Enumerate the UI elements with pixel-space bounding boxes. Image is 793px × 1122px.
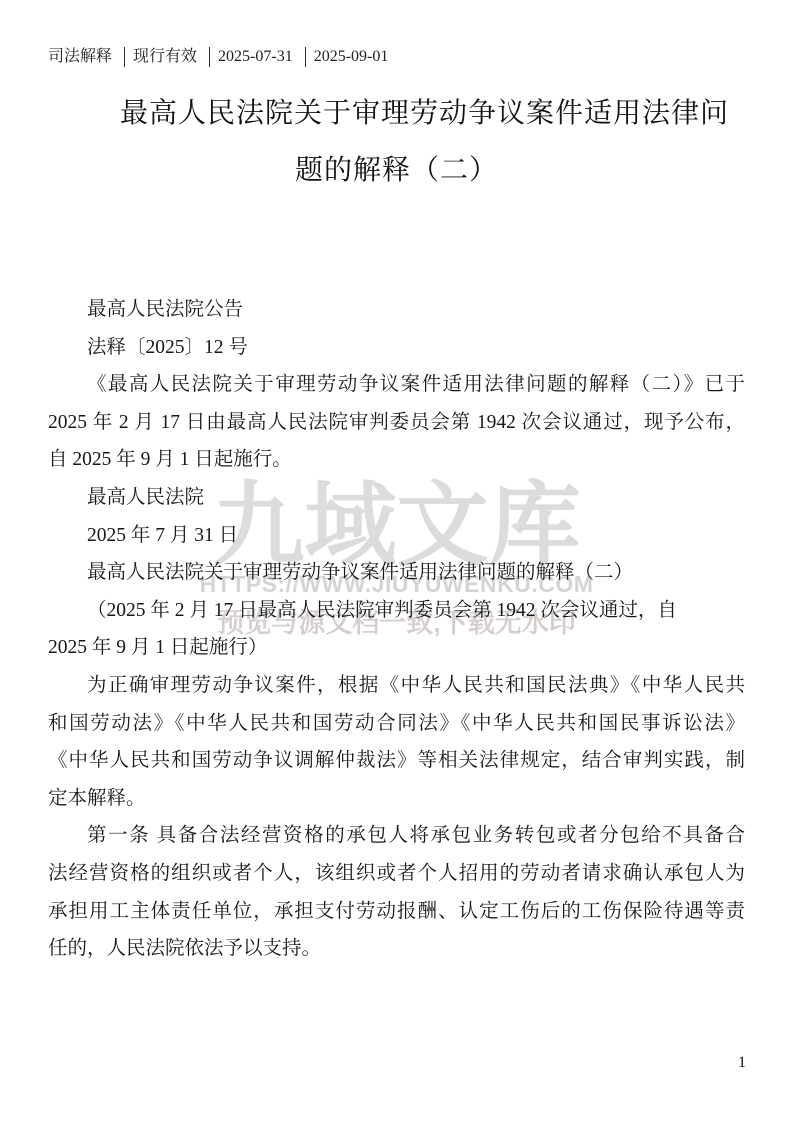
document-title-line2: 题的解释（二） (48, 142, 745, 199)
meta-separator (124, 47, 125, 67)
document-text-line: 2025 年 7 月 31 日 (48, 517, 745, 555)
meta-item-label: 司法解释 (48, 46, 112, 68)
meta-item: 2025-09-01 (293, 46, 389, 68)
document-text-line: 和国劳动法》《中华人民共和国劳动合同法》《中华人民共和国民事诉讼法》 (48, 705, 745, 743)
document-text-line: 最高人民法院关于审理劳动争议案件适用法律问题的解释（二） (48, 554, 745, 592)
page-number: 1 (738, 1052, 746, 1074)
document-title: 最高人民法院关于审理劳动争议案件适用法律问 题的解释（二） (48, 85, 745, 199)
document-text-line: （2025 年 2 月 17 日最高人民法院审判委员会第 1942 次会议通过，… (48, 592, 745, 630)
document-text-line: 第一条 具备合法经营资格的承包人将承包业务转包或者分包给不具备合 (48, 817, 745, 855)
meta-separator (209, 47, 210, 67)
document-text-line: 承担用工主体责任单位，承担支付劳动报酬、认定工伤后的工伤保险待遇等责 (48, 893, 745, 931)
meta-separator (305, 47, 306, 67)
document-text-line: 法经营资格的组织或者个人，该组织或者个人招用的劳动者请求确认承包人为 (48, 855, 745, 893)
document-text-line: 2025 年 9 月 1 日起施行） (48, 629, 745, 667)
document-page: 九域文库 HTTPS://WWW.JIUYUWENKU.COM 预览与源文档一致… (0, 0, 793, 1122)
meta-item-label: 2025-07-31 (218, 46, 293, 68)
meta-item: 2025-07-31 (197, 46, 293, 68)
document-text-line: 《最高人民法院关于审理劳动争议案件适用法律问题的解释（二）》已于 (48, 366, 745, 404)
document-text-line: 最高人民法院 (48, 479, 745, 517)
document-title-line1: 最高人民法院关于审理劳动争议案件适用法律问 (48, 85, 745, 142)
document-text-line: 2025 年 2 月 17 日由最高人民法院审判委员会第 1942 次会议通过，… (48, 404, 745, 442)
document-text-line: 《中华人民共和国劳动争议调解仲裁法》等相关法律规定，结合审判实践，制 (48, 742, 745, 780)
meta-item: 司法解释 (48, 46, 112, 68)
document-meta-bar: 司法解释现行有效2025-07-312025-09-01 (48, 46, 388, 68)
document-text-line: 自 2025 年 9 月 1 日起施行。 (48, 441, 745, 479)
document-text-line: 任的，人民法院依法予以支持。 (48, 930, 745, 968)
meta-item: 现行有效 (112, 46, 197, 68)
document-text-line: 为正确审理劳动争议案件，根据《中华人民共和国民法典》《中华人民共 (48, 667, 745, 705)
document-body: 最高人民法院公告法释〔2025〕12 号《最高人民法院关于审理劳动争议案件适用法… (48, 291, 745, 968)
meta-item-label: 现行有效 (133, 46, 197, 68)
meta-item-label: 2025-09-01 (314, 46, 389, 68)
document-text-line: 最高人民法院公告 (48, 291, 745, 329)
document-text-line: 法释〔2025〕12 号 (48, 329, 745, 367)
document-text-line: 定本解释。 (48, 780, 745, 818)
